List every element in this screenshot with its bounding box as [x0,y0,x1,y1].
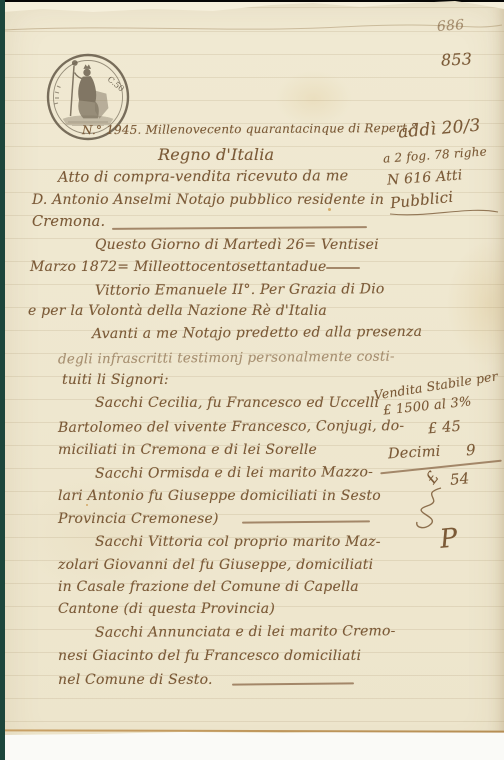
margin-registration-extent: a 2 fog. 78 righe [383,144,488,165]
page-content: C.50 686 853 N.° 1945. Millenovecento qu… [0,0,504,760]
act-line: Cremona. [32,214,105,230]
ink-rule [242,520,370,523]
ink-rule [232,682,354,685]
act-line: tuiti li Signori: [62,372,169,388]
act-line: D. Antonio Anselmi Notajo pubblico resid… [32,192,384,208]
ink-rule [112,226,367,229]
act-line: Vittorio Emanuele II°. Per Grazia di Dio [95,281,385,299]
act-line: miciliati in Cremona e di lei Sorelle [58,442,317,458]
act-line: Bartolomeo del vivente Francesco, Conjug… [58,418,404,436]
binding-spine [0,0,5,760]
act-line: e per la Volontà della Nazione Rè d'Ital… [28,303,327,319]
act-line: Avanti a me Notajo predetto ed alla pres… [92,324,422,342]
act-line: Sacchi Ormisda e di lei marito Mazzo- [95,464,373,481]
act-line: Sacchi Cecilia, fu Francesco ed Uccelli [95,395,379,411]
act-line: N.° 1945. Millenovecento quarantacinque … [82,121,417,137]
margin-registration-date: addì 20/3 [397,115,481,142]
act-line: Regno d'Italia [158,145,274,164]
act-line: Questo Giorno di Martedì 26= Ventisei [95,237,379,253]
act-line: Cantone (di questa Provincia) [58,601,275,617]
margin-decimi-label: Decimi [388,444,441,463]
act-line: Atto di compra-vendita ricevuto da me [58,168,349,186]
ink-rule [326,267,360,269]
ink-speck [86,504,88,506]
margin-registration-series: Pubblici [389,188,454,213]
act-line: Sacchi Vittoria col proprio marito Maz- [95,534,381,550]
act-line: nel Comune di Sesto. [58,672,213,688]
margin-registration-number: N 616 Atti [387,167,463,188]
margin-total-currency: £ [422,468,443,488]
act-line: nesi Giacinto del fu Francesco domicilia… [58,648,361,664]
page-number: 853 [441,49,473,70]
ink-speck [238,262,240,264]
act-line: degli infrascritti testimonj personalmen… [58,349,395,368]
paper-crease [0,20,504,40]
act-line: Sacchi Annunciata e di lei marito Cremo- [95,623,396,641]
act-line: in Casale frazione del Comune di Capella [58,579,359,595]
act-line: Marzo 1872= Milleottocentosettantadue [30,259,327,275]
act-line: zolari Giovanni del fu Giuseppe, domicil… [58,557,373,573]
ink-speck [328,208,331,211]
margin-paraph: P [438,523,459,555]
act-line: Provincia Cremonese) [58,511,219,527]
margin-decimi-value: 9 [465,441,476,460]
folio-top-number: 686 [436,17,464,35]
margin-total-value: 54 [449,469,470,489]
act-line: lari Antonio fu Giuseppe domiciliati in … [58,488,381,504]
margin-tax-amount: £ 45 [427,419,461,438]
